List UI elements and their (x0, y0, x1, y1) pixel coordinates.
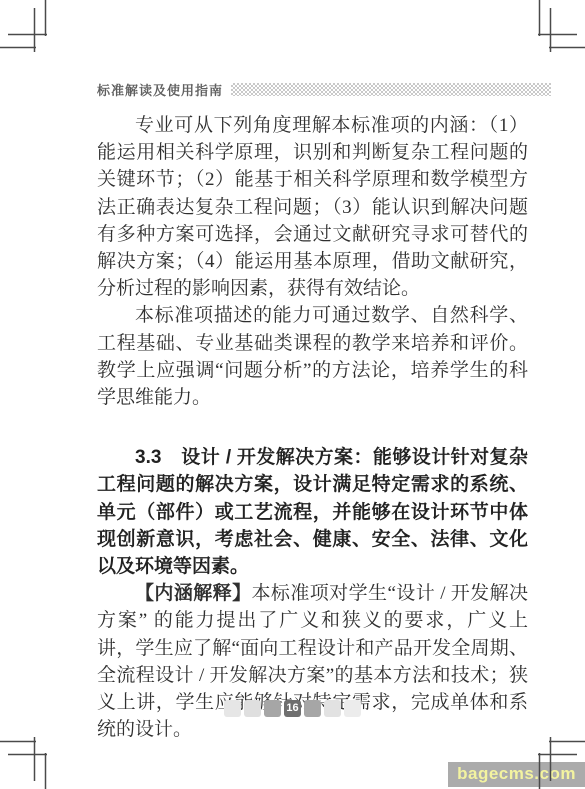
pager-square (224, 700, 241, 717)
crop-mark-top-left (0, 0, 60, 60)
pager-square-current: 16 (284, 700, 301, 717)
page-body: 专业可从下列角度理解本标准项的内涵：（1）能运用相关科学原理，识别和判断复杂工程… (97, 112, 528, 743)
pager-square (244, 700, 261, 717)
document-page: 标准解读及使用指南 专业可从下列角度理解本标准项的内涵：（1）能运用相关科学原理… (0, 0, 585, 789)
section-heading-paragraph: 3.3 设计 / 开发解决方案：能够设计针对复杂工程问题的解决方案，设计满足特定… (97, 444, 528, 580)
crop-mark-bottom-right (525, 729, 585, 789)
pager-square (344, 700, 361, 717)
running-head-title: 标准解读及使用指南 (97, 80, 223, 99)
pager-square (304, 700, 321, 717)
page-indicator: 16 (0, 700, 585, 717)
explanation-paragraph: 【内涵解释】本标准项对学生“设计 / 开发解决方案” 的能力提出了广义和狭义的要… (97, 580, 528, 743)
page-number: 16 (286, 703, 298, 714)
body-paragraph: 专业可从下列角度理解本标准项的内涵：（1）能运用相关科学原理，识别和判断复杂工程… (97, 112, 528, 302)
body-paragraph: 本标准项描述的能力可通过数学、自然科学、工程基础、专业基础类课程的教学来培养和评… (97, 302, 528, 411)
crop-mark-top-right (525, 0, 585, 60)
running-head: 标准解读及使用指南 (97, 80, 551, 99)
pager-square (324, 700, 341, 717)
running-head-hatch-band (231, 83, 551, 96)
crop-mark-bottom-left (0, 729, 60, 789)
pager-square (264, 700, 281, 717)
explanation-label: 【内涵解释】 (135, 583, 252, 604)
